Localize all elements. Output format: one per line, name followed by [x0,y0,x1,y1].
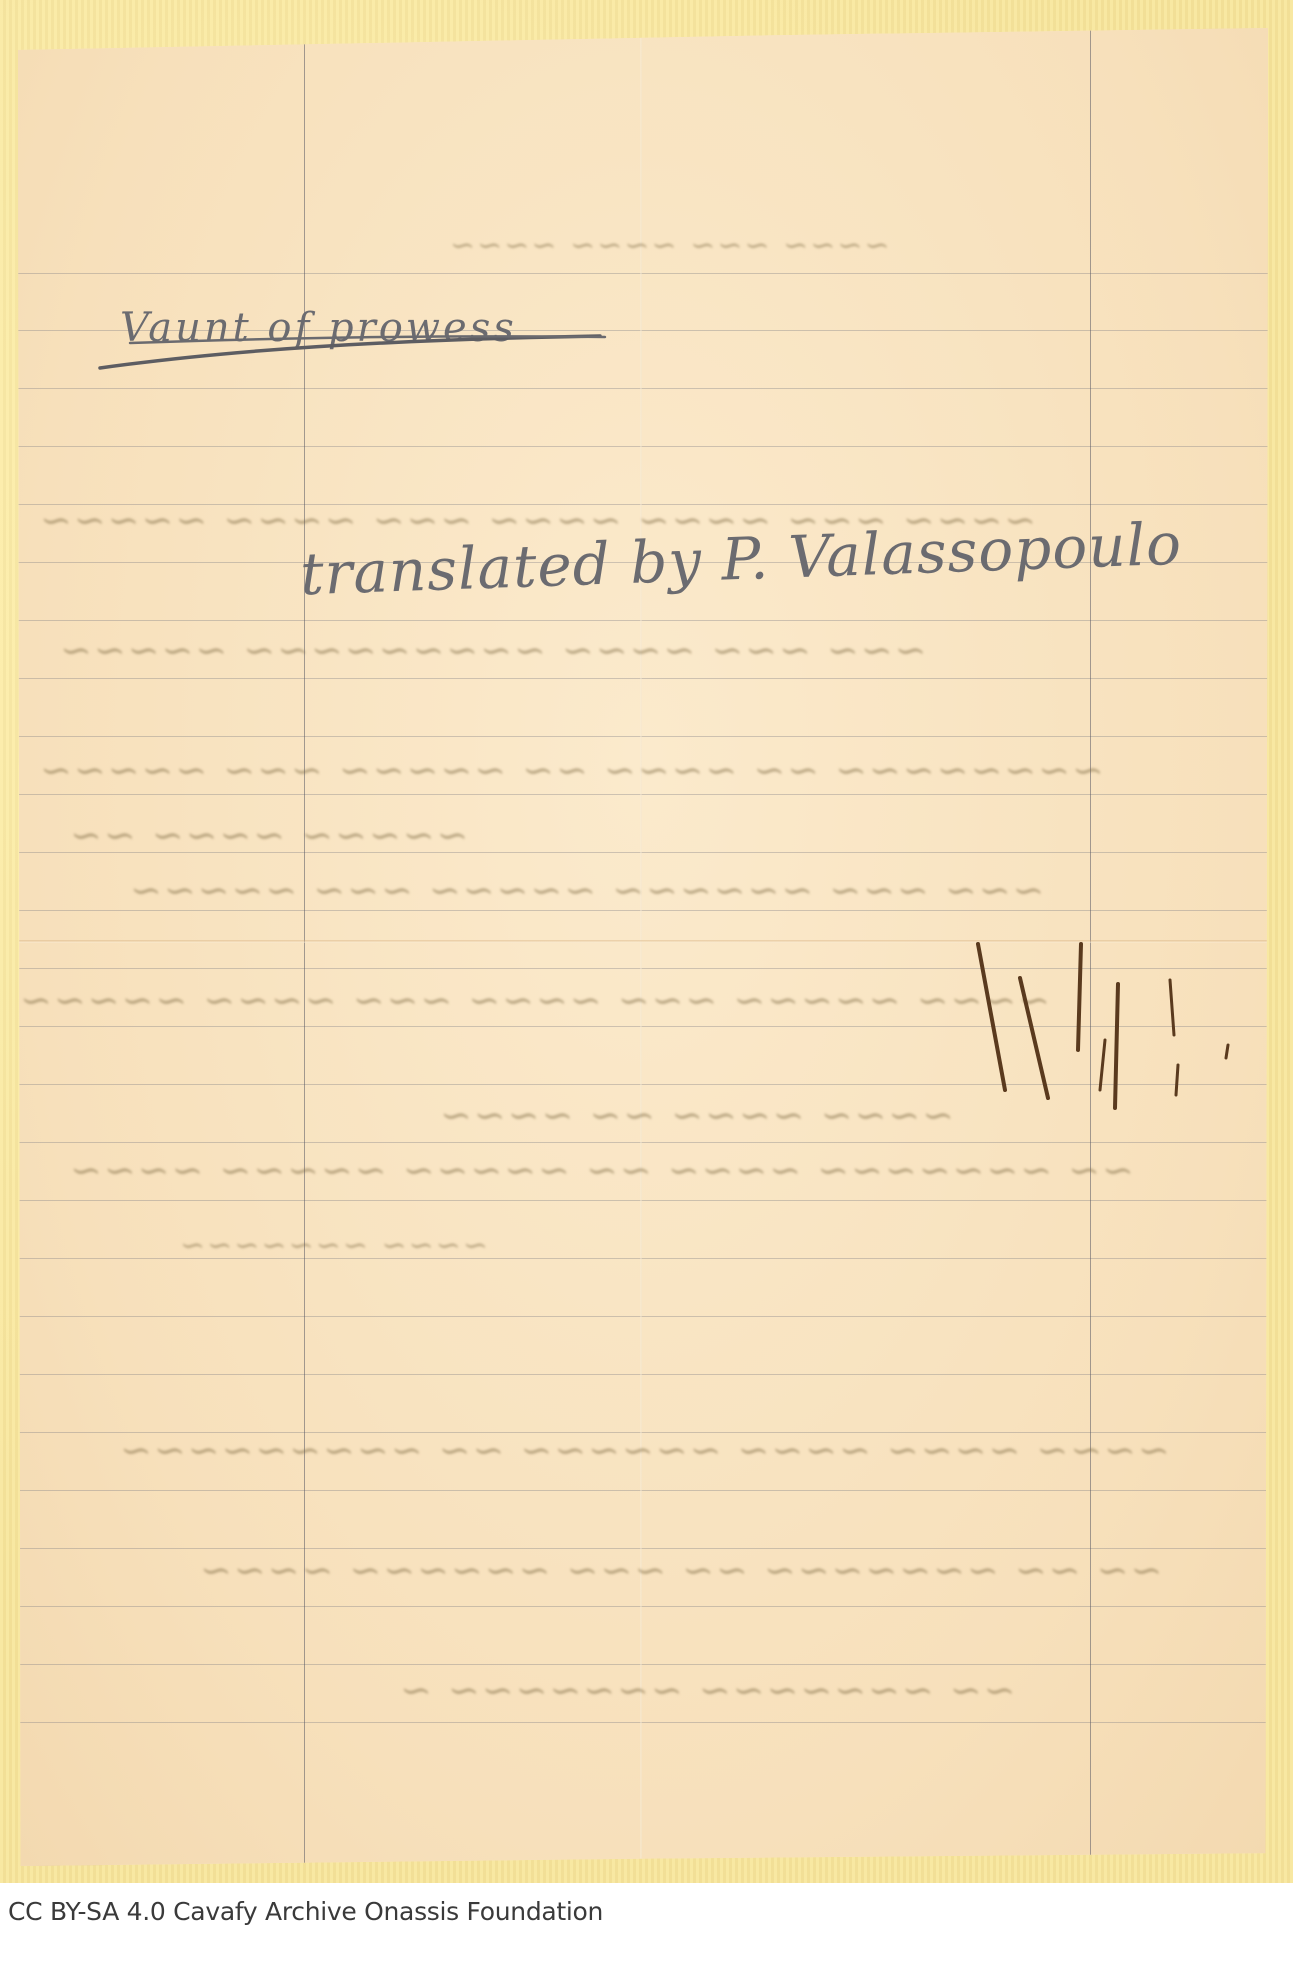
bleed-through-text: ~~~~~ ~~~~ ~~ [68,813,468,857]
strikethrough-lines [80,300,620,380]
ruled-line [18,1316,1268,1317]
bleed-through-text: ~~ ~~ ~~~~~~~ ~~ ~~~ ~~~~~~ ~~~~ [198,1548,1162,1592]
ruled-line [18,1490,1268,1491]
ruled-line [18,1374,1268,1375]
bleed-through-text: ~~~~ ~~~~~~~ [178,1228,488,1263]
license-credit: CC BY-SA 4.0 Cavafy Archive Onassis Foun… [8,1897,603,1926]
bleed-through-text: ~~ ~~~~~~~ ~~~~~~~ ~ [398,1668,1016,1712]
ruled-line [18,1200,1268,1201]
ruled-line [18,1664,1268,1665]
ruled-line [18,736,1268,737]
bleed-through-text: ~~~ ~~~ ~~~~ ~~~~~~~~~ ~~~~~ [58,628,926,672]
ruled-line [18,620,1268,621]
ruled-line [18,388,1268,389]
ruled-line [18,794,1268,795]
bleed-through-text: ~~~~ ~~~~~ ~~~ ~~~~ ~~~ ~~~~ ~~~~~ [18,978,1050,1022]
footer-bar: CC BY-SA 4.0 Cavafy Archive Onassis Foun… [0,1883,1293,1963]
ink-stroke-marks [960,930,1260,1150]
bleed-through-text: ~~~~ ~~~ ~~~~ ~~~~ [448,228,890,263]
bleed-through-text: ~~~ ~~~ ~~~~~~ ~~~~~ ~~~ ~~~~~ [128,868,1044,912]
bleed-through-text: ~~~~ ~~~~ ~~~~ ~~~~~~ ~~ ~~~~~~~~~ [118,1428,1170,1472]
ruled-line [18,678,1268,679]
bleed-through-text: ~~~~~~~~ ~~ ~~~~ ~~ ~~~~~ ~~~ ~~~~~ [38,748,1104,792]
bleed-through-text: ~~ ~~~~~~~ ~~~~ ~~ ~~~~~ ~~~~~ ~~~~ [68,1148,1134,1192]
ruled-line [18,1606,1268,1607]
ruled-line [18,446,1268,447]
ruled-line [18,1722,1268,1723]
ruled-line [18,273,1268,274]
bleed-through-text: ~~~~ ~~~~ ~~ ~~~~ [438,1093,954,1137]
